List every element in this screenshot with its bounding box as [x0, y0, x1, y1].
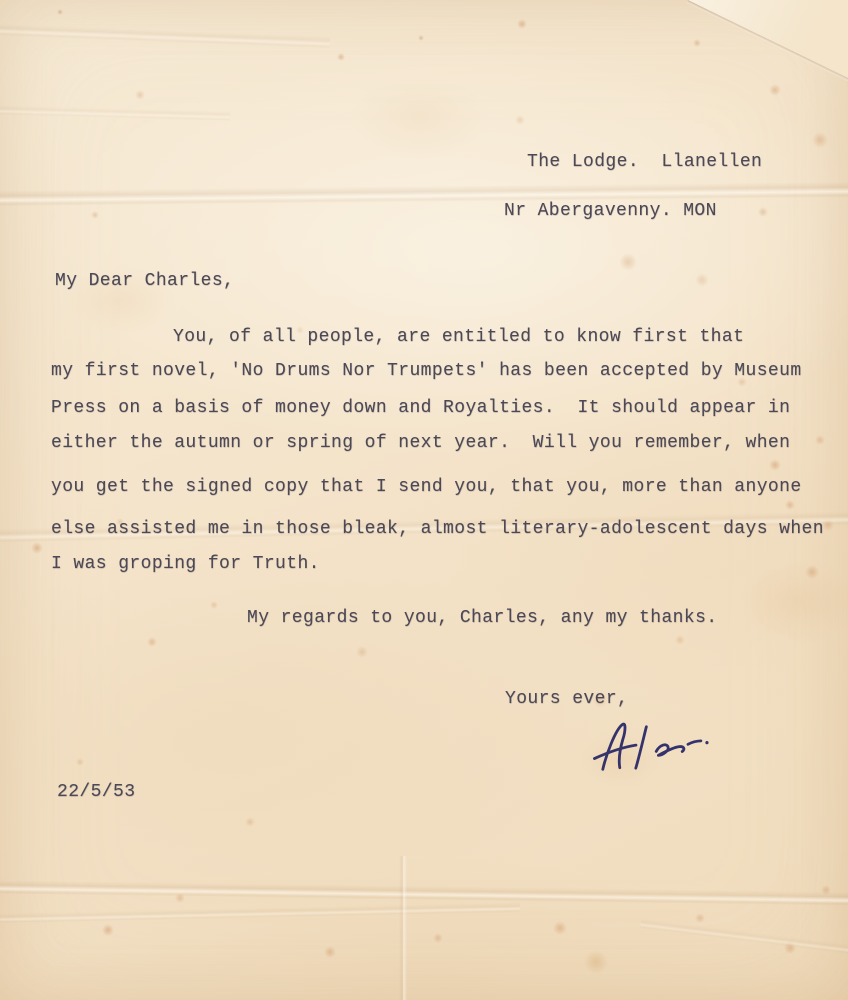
letter-scan: The Lodge. Llanellen Nr Abergavenny. MON… [0, 0, 848, 1000]
paper-shading [0, 0, 848, 1000]
fold-crease [0, 182, 848, 207]
address-line-1: The Lodge. Llanellen [527, 151, 762, 173]
salutation: My Dear Charles, [55, 270, 234, 292]
body-line: I was groping for Truth. [51, 553, 320, 575]
fold-crease [0, 105, 230, 121]
body-line: You, of all people, are entitled to know… [173, 326, 744, 348]
foxing-spots [0, 0, 848, 1000]
body-line: either the autumn or spring of next year… [51, 432, 790, 454]
date: 22/5/53 [57, 781, 135, 803]
fold-crease [0, 903, 520, 924]
regards-line: My regards to you, Charles, any my thank… [247, 607, 717, 629]
closing: Yours ever, [505, 688, 628, 710]
fold-crease-vertical [399, 856, 407, 1000]
corner-fold-edge [687, 0, 848, 81]
corner-fold [688, 0, 848, 80]
address-line-2: Nr Abergavenny. MON [504, 200, 717, 222]
body-line: you get the signed copy that I send you,… [51, 476, 802, 498]
signature-alex [587, 711, 749, 779]
fold-crease [0, 880, 848, 906]
body-line: else assisted me in those bleak, almost … [51, 518, 824, 540]
fold-crease [640, 919, 848, 956]
body-line: my first novel, 'No Drums Nor Trumpets' … [51, 360, 802, 382]
body-line: Press on a basis of money down and Royal… [51, 397, 790, 419]
fold-crease [0, 23, 330, 48]
